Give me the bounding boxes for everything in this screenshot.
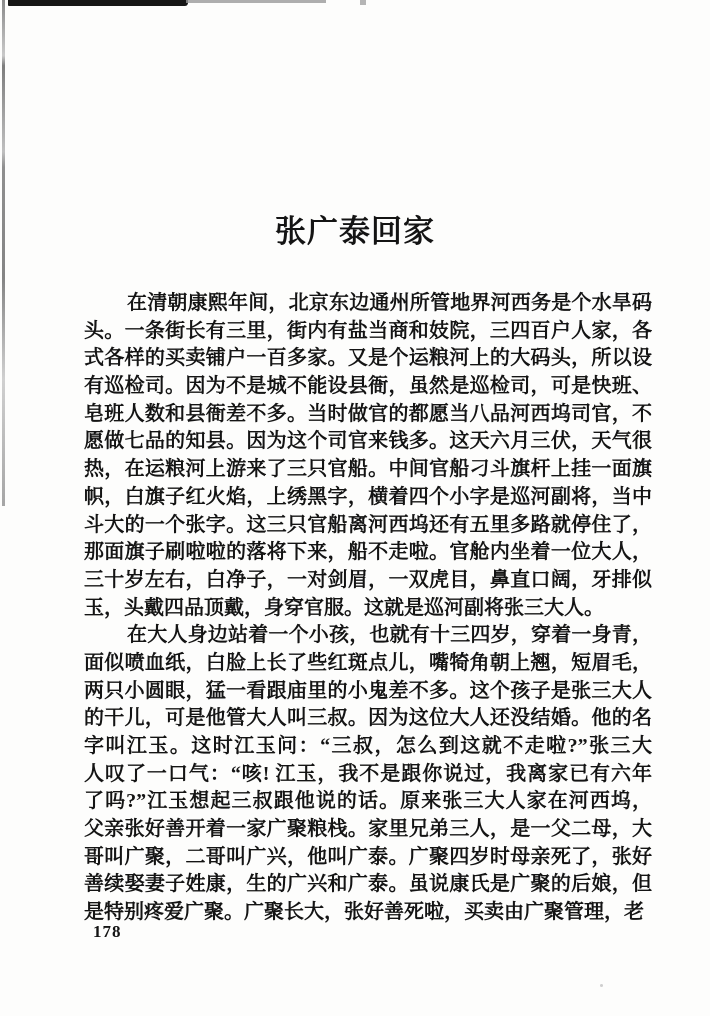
body-text: 在清朝康熙年间，北京东边通州所管地界河西务是个水旱码头。一条街长有三里，街内有盐…	[84, 290, 652, 927]
text-line: 皂班人数和县衙差不多。当时做官的都愿当八品河西坞司官，不	[84, 401, 652, 429]
text-line: 热，在运粮河上游来了三只官船。中间官船刁斗旗杆上挂一面旗	[84, 456, 652, 484]
book-page: 张广泰回家 在清朝康熙年间，北京东边通州所管地界河西务是个水旱码头。一条街长有三…	[0, 0, 710, 1016]
scan-artifact-speck	[600, 984, 603, 987]
scan-artifact-top-tick	[360, 0, 366, 5]
scan-artifact-top-tail	[186, 0, 326, 3]
scan-artifact-left-edge-line	[2, 0, 5, 506]
text-line: 在大人身边站着一个小孩，也就有十三四岁，穿着一身青，	[84, 622, 652, 650]
chapter-title: 张广泰回家	[0, 212, 710, 252]
text-line: 两只小圆眼，猛一看跟庙里的小鬼差不多。这个孩子是张三大人	[84, 678, 652, 706]
text-line: 在清朝康熙年间，北京东边通州所管地界河西务是个水旱码	[84, 290, 652, 318]
text-line: 面似喷血纸，白脸上长了些红斑点儿，嘴犄角朝上翘，短眉毛，	[84, 650, 652, 678]
text-line: 愿做七品的知县。因为这个司官来钱多。这天六月三伏，天气很	[84, 428, 652, 456]
text-line: 头。一条街长有三里，街内有盐当商和妓院，三四百户人家，各	[84, 318, 652, 346]
scan-artifact-top-bar	[8, 0, 188, 6]
page-number: 178	[93, 922, 122, 942]
text-line: 父亲张好善开着一家广聚粮栈。家里兄弟三人，是一父二母，大	[84, 816, 652, 844]
text-line: 有巡检司。因为不是城不能设县衙，虽然是巡检司，可是快班、	[84, 373, 652, 401]
text-line: 那面旗子刷啦啦的落将下来，船不走啦。官舱内坐着一位大人，	[84, 539, 652, 567]
text-line: 玉，头戴四品顶戴，身穿官服。这就是巡河副将张三大人。	[84, 595, 652, 623]
text-line: 人叹了一口气：“咳! 江玉，我不是跟你说过，我离家已有六年	[84, 761, 652, 789]
text-line: 哥叫广聚，二哥叫广兴，他叫广泰。广聚四岁时母亲死了，张好	[84, 844, 652, 872]
text-line: 了吗?”江玉想起三叔跟他说的话。原来张三大人家在河西坞，	[84, 788, 652, 816]
text-line: 式各样的买卖铺户一百多家。又是个运粮河上的大码头，所以设	[84, 345, 652, 373]
text-line: 善续娶妻子姓康，生的广兴和广泰。虽说康氏是广聚的后娘，但	[84, 871, 652, 899]
text-line: 是特别疼爱广聚。广聚长大，张好善死啦，买卖由广聚管理，老	[84, 899, 652, 927]
text-line: 的干儿，可是他管大人叫三叔。因为这位大人还没结婚。他的名	[84, 705, 652, 733]
text-line: 帜，白旗子红火焰，上绣黑字，横着四个小字是巡河副将，当中	[84, 484, 652, 512]
text-line: 三十岁左右，白净子，一对剑眉，一双虎目，鼻直口阔，牙排似	[84, 567, 652, 595]
text-line: 字叫江玉。这时江玉问：“三叔，怎么到这就不走啦?”张三大	[84, 733, 652, 761]
text-line: 斗大的一个张字。这三只官船离河西坞还有五里多路就停住了，	[84, 512, 652, 540]
